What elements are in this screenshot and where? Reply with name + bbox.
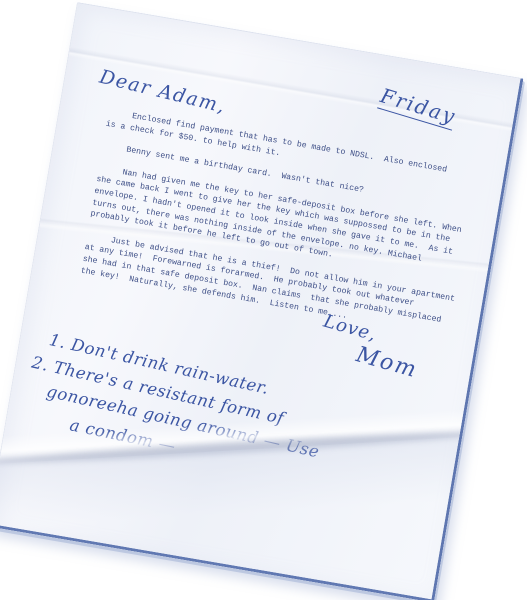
scanned-letter-photo: Dear Adam, Friday Enclosed find payment … (0, 0, 527, 600)
letter-page: Dear Adam, Friday Enclosed find payment … (0, 2, 524, 600)
folded-flap-shading (0, 435, 516, 600)
